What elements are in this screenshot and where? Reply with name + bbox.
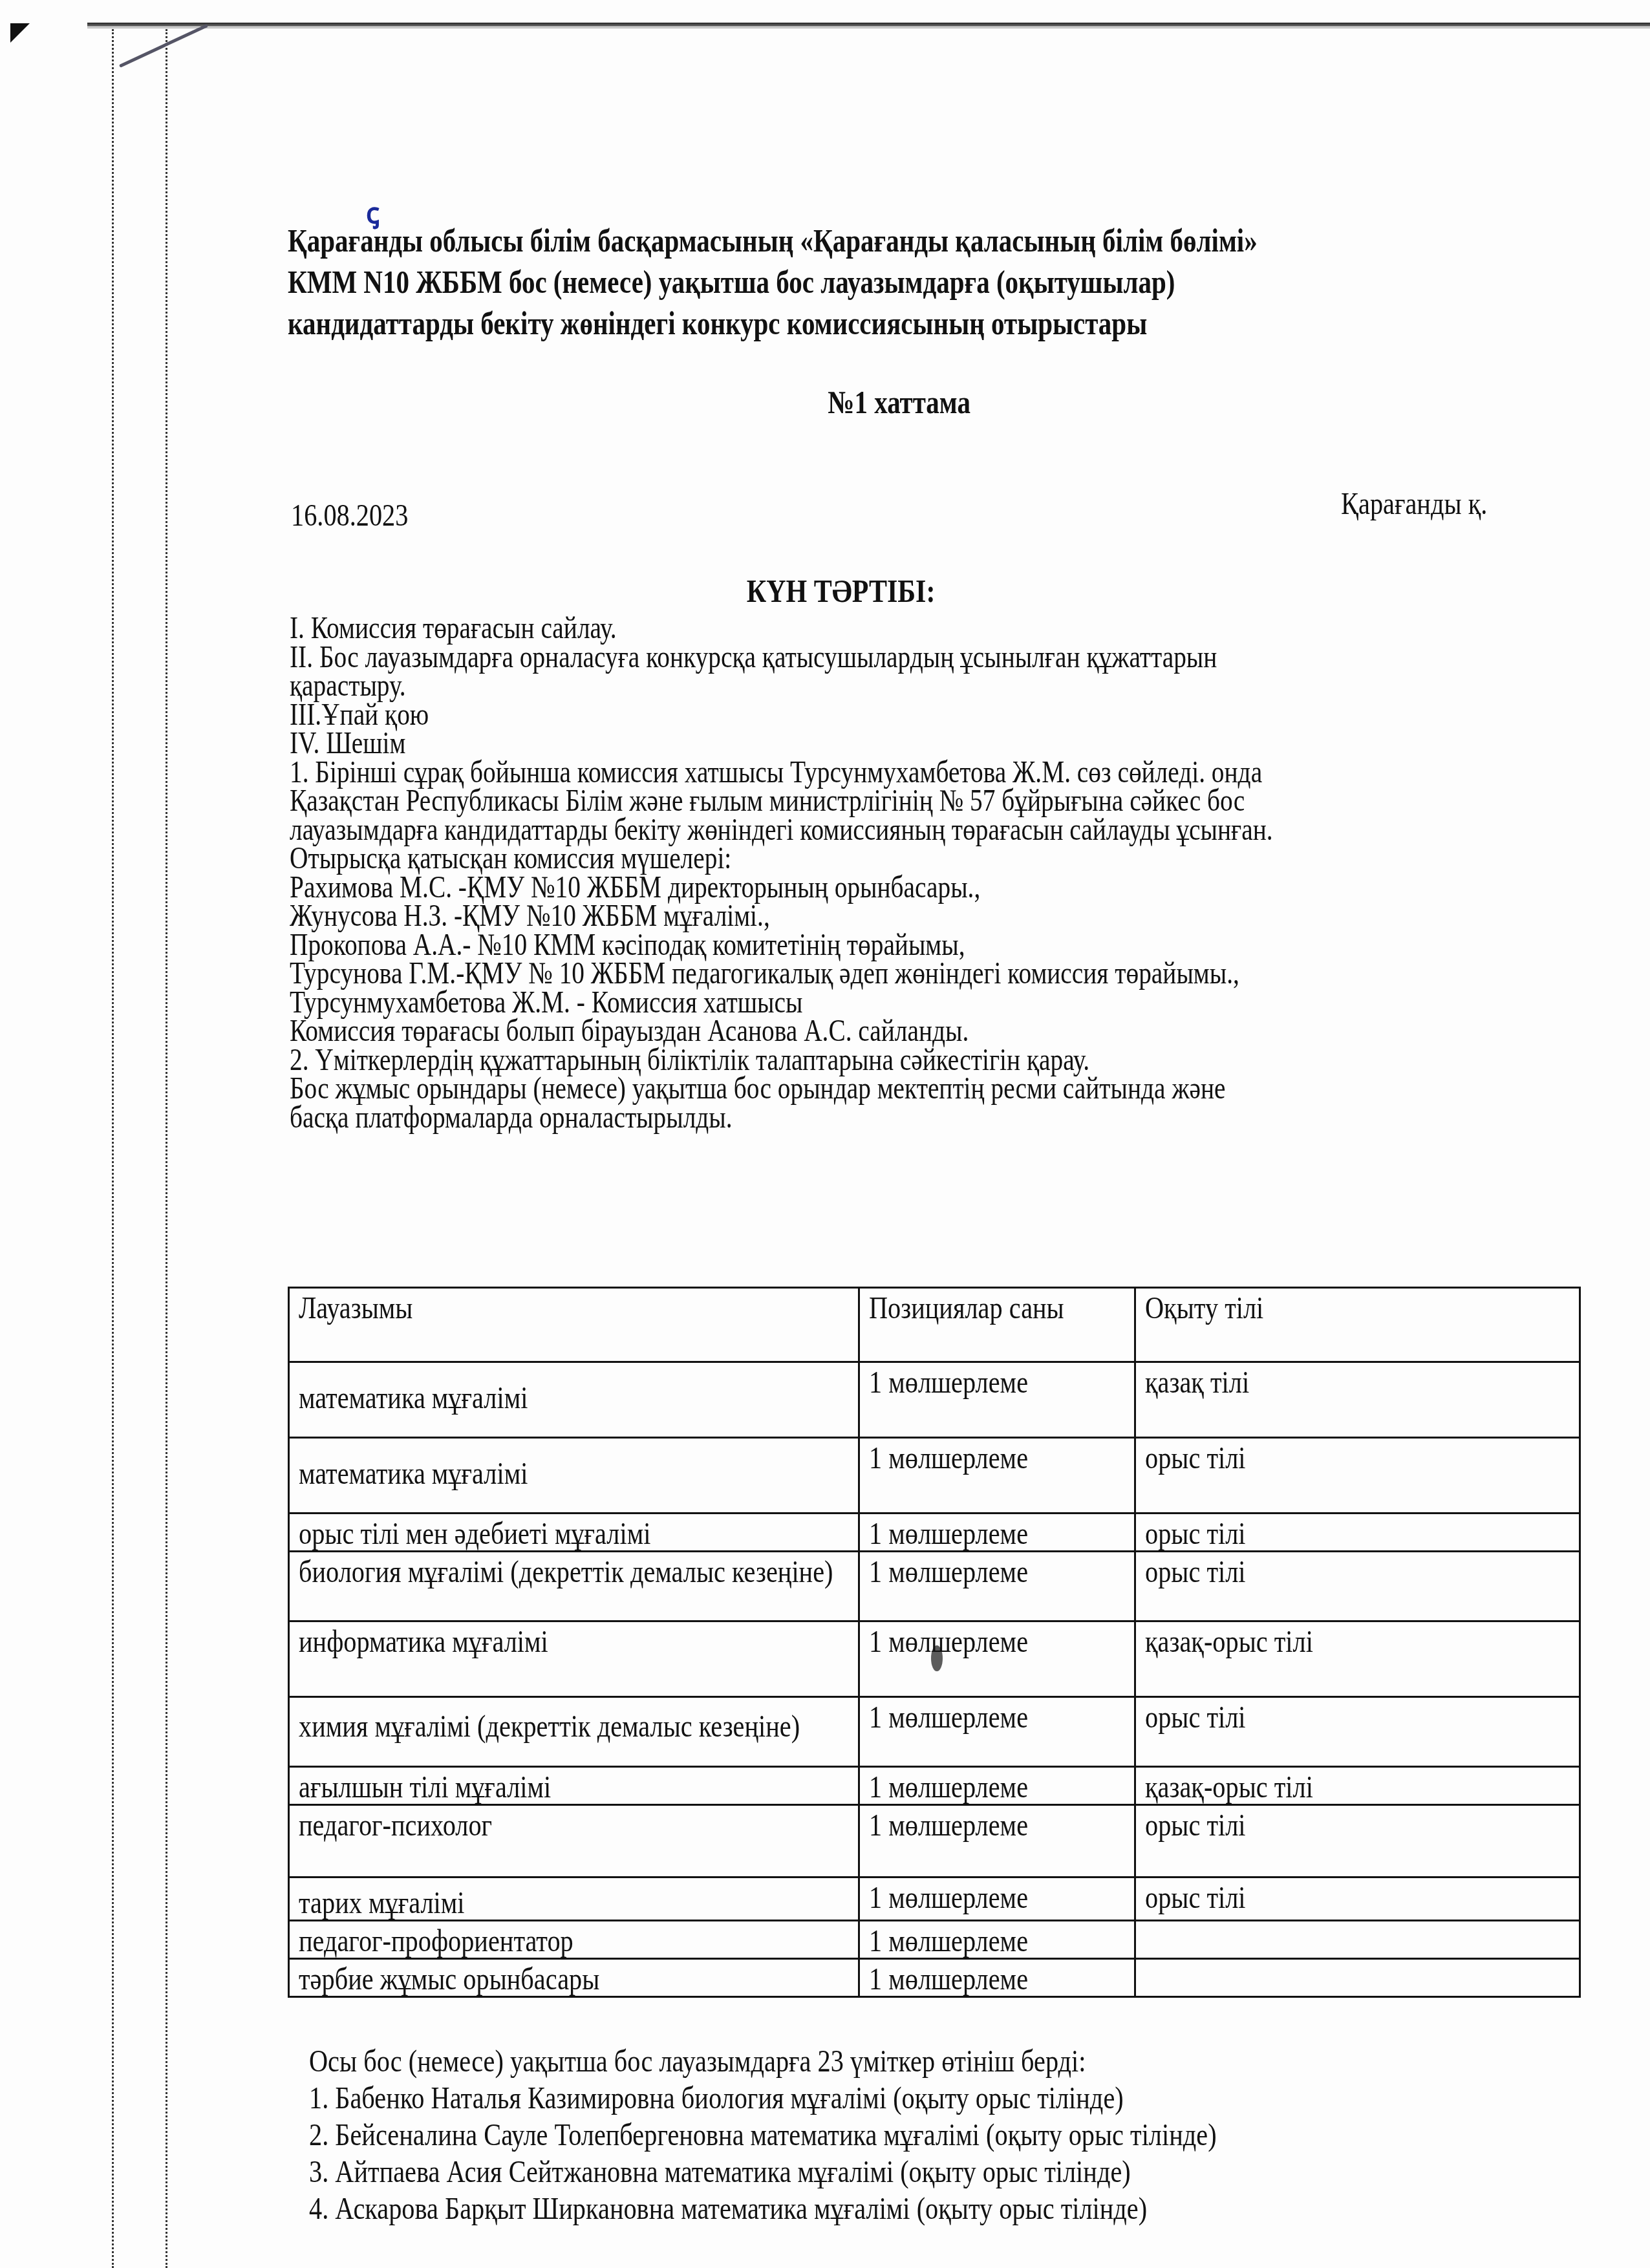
agenda-line: Қазақстан Республикасы Білім және ғылым … — [290, 787, 1562, 816]
position-cell: математика мұғалімі — [289, 1362, 859, 1438]
applicant-item: 2. Бейсеналина Сауле Толепбергеновна мат… — [309, 2117, 1217, 2154]
table-row: химия мұғалімі (декреттік демалыс кезеңі… — [289, 1697, 1580, 1767]
count-cell: 1 мөлшерлеме — [859, 1878, 1135, 1921]
agenda-line: І. Комиссия төрағасын сайлау. — [290, 614, 1562, 643]
agenda-line: Комиссия төрағасы болып бірауыздан Асано… — [290, 1017, 1562, 1046]
language-cell: орыс тілі — [1135, 1697, 1580, 1767]
language-cell: орыс тілі — [1135, 1805, 1580, 1878]
position-cell: ағылшын тілі мұғалімі — [289, 1767, 859, 1805]
agenda-line: ІІ. Бос лауазымдарға орналасуға конкурсқ… — [290, 643, 1562, 672]
count-cell: 1 мөлшерлеме — [859, 1552, 1135, 1621]
agenda-line: 1. Бірінші сұрақ бойынша комиссия хатшыс… — [290, 758, 1562, 787]
agenda-line: ІІІ.Ұпай қою — [290, 701, 1562, 730]
document-title: Қарағанды облысы білім басқармасының «Қа… — [288, 220, 1295, 344]
document-city: Қарағанды қ. — [1341, 486, 1487, 522]
applicant-item: 4. Аскарова Барқыт Ширкановна математика… — [309, 2190, 1217, 2227]
applicants-section: Осы бос (немесе) уақытша бос лауазымдарғ… — [309, 2043, 1217, 2227]
agenda-line: 2. Үміткерлердің құжаттарының біліктілік… — [290, 1046, 1562, 1075]
language-cell — [1135, 1959, 1580, 1997]
table-row: педагог-профориентатор 1 мөлшерлеме — [289, 1921, 1580, 1959]
position-cell: орыс тілі мен әдебиеті мұғалімі — [289, 1514, 859, 1552]
agenda-line: Прокопова А.А.- №10 КММ кәсіподақ комите… — [290, 931, 1562, 960]
agenda-heading: КҮН ТӘРТІБІ: — [0, 572, 1650, 610]
language-cell: орыс тілі — [1135, 1552, 1580, 1621]
position-cell: тәрбие жұмыс орынбасары — [289, 1959, 859, 1997]
table-row: информатика мұғалімі 1 мөлшерлеме қазақ-… — [289, 1621, 1580, 1697]
count-cell: 1 мөлшерлеме — [859, 1921, 1135, 1959]
table-row: тәрбие жұмыс орынбасары 1 мөлшерлеме — [289, 1959, 1580, 1997]
agenda-line: басқа платформаларда орналастырылды. — [290, 1104, 1562, 1133]
count-cell: 1 мөлшерлеме — [859, 1767, 1135, 1805]
language-cell: орыс тілі — [1135, 1878, 1580, 1921]
agenda-line: Жунусова Н.З. -ҚМУ №10 ЖББМ мұғалімі., — [290, 902, 1562, 931]
position-cell: химия мұғалімі (декреттік демалыс кезеңі… — [289, 1697, 859, 1767]
position-cell: педагог-профориентатор — [289, 1921, 859, 1959]
table-row: математика мұғалімі 1 мөлшерлеме қазақ т… — [289, 1362, 1580, 1438]
scan-corner-mark — [10, 23, 30, 43]
count-cell: 1 мөлшерлеме — [859, 1697, 1135, 1767]
count-cell: 1 мөлшерлеме — [859, 1621, 1135, 1697]
applicant-item: 3. Айтпаева Асия Сейтжановна математика … — [309, 2154, 1217, 2190]
title-line: кандидаттарды бекіту жөніндегі конкурс к… — [288, 303, 1295, 344]
agenda-line: лауазымдарға кандидаттарды бекіту жөнінд… — [290, 816, 1562, 845]
title-line: КММ N10 ЖББМ бос (немесе) уақытша бос ла… — [288, 261, 1295, 303]
count-cell: 1 мөлшерлеме — [859, 1805, 1135, 1878]
language-cell — [1135, 1921, 1580, 1959]
table-row: ағылшын тілі мұғалімі 1 мөлшерлеме қазақ… — [289, 1767, 1580, 1805]
header-cell: Лауазымы — [289, 1288, 859, 1362]
count-cell: 1 мөлшерлеме — [859, 1959, 1135, 1997]
agenda-line: Турсунова Г.М.-ҚМУ № 10 ЖББМ педагогикал… — [290, 959, 1562, 989]
agenda-line: қарастыру. — [290, 672, 1562, 701]
table-row: педагог-психолог 1 мөлшерлеме орыс тілі — [289, 1805, 1580, 1878]
position-cell: тарих мұғалімі — [289, 1878, 859, 1921]
language-cell: орыс тілі — [1135, 1438, 1580, 1514]
protocol-number: №1 хаттама — [828, 383, 971, 421]
binder-line-right — [166, 29, 167, 2268]
language-cell: орыс тілі — [1135, 1514, 1580, 1552]
protocol-heading: №1 хаттама — [0, 383, 1650, 421]
pen-stroke-mark — [119, 24, 208, 68]
table-row: орыс тілі мен әдебиеті мұғалімі 1 мөлшер… — [289, 1514, 1580, 1552]
agenda-line: Отырысқа қатысқан комиссия мүшелері: — [290, 844, 1562, 873]
position-cell: биология мұғалімі (декреттік демалыс кез… — [289, 1552, 859, 1621]
agenda-line: Турсунмухамбетова Ж.М. - Комиссия хатшыс… — [290, 989, 1562, 1018]
vacancies-table: Лауазымы Позициялар саны Оқыту тілі мате… — [288, 1287, 1581, 1998]
header-cell: Позициялар саны — [859, 1288, 1135, 1362]
count-cell: 1 мөлшерлеме — [859, 1438, 1135, 1514]
agenda-line: Рахимова М.С. -ҚМУ №10 ЖББМ директорының… — [290, 873, 1562, 903]
document-date: 16.08.2023 — [291, 498, 408, 533]
table-row: биология мұғалімі (декреттік демалыс кез… — [289, 1552, 1580, 1621]
position-cell: информатика мұғалімі — [289, 1621, 859, 1697]
table-header-row: Лауазымы Позициялар саны Оқыту тілі — [289, 1288, 1580, 1362]
count-cell: 1 мөлшерлеме — [859, 1514, 1135, 1552]
position-cell: математика мұғалімі — [289, 1438, 859, 1514]
agenda-line: IV. Шешім — [290, 729, 1562, 758]
title-line: Қарағанды облысы білім басқармасының «Қа… — [288, 220, 1295, 261]
agenda-title: КҮН ТӘРТІБІ: — [747, 572, 936, 610]
agenda-line: Бос жұмыс орындары (немесе) уақытша бос … — [290, 1075, 1562, 1104]
position-cell: педагог-психолог — [289, 1805, 859, 1878]
table-row: математика мұғалімі 1 мөлшерлеме орыс ті… — [289, 1438, 1580, 1514]
table-row: тарих мұғалімі 1 мөлшерлеме орыс тілі — [289, 1878, 1580, 1921]
count-cell: 1 мөлшерлеме — [859, 1362, 1135, 1438]
applicant-item: 1. Бабенко Наталья Казимировна биология … — [309, 2080, 1217, 2117]
applicants-intro: Осы бос (немесе) уақытша бос лауазымдарғ… — [309, 2043, 1217, 2080]
header-cell: Оқыту тілі — [1135, 1288, 1580, 1362]
scan-top-edge-shadow — [87, 27, 1650, 28]
agenda-body: І. Комиссия төрағасын сайлау. ІІ. Бос ла… — [290, 614, 1562, 1132]
scan-top-edge — [87, 23, 1650, 27]
binder-line-left — [112, 29, 114, 2268]
language-cell: қазақ тілі — [1135, 1362, 1580, 1438]
language-cell: қазақ-орыс тілі — [1135, 1621, 1580, 1697]
language-cell: қазақ-орыс тілі — [1135, 1767, 1580, 1805]
